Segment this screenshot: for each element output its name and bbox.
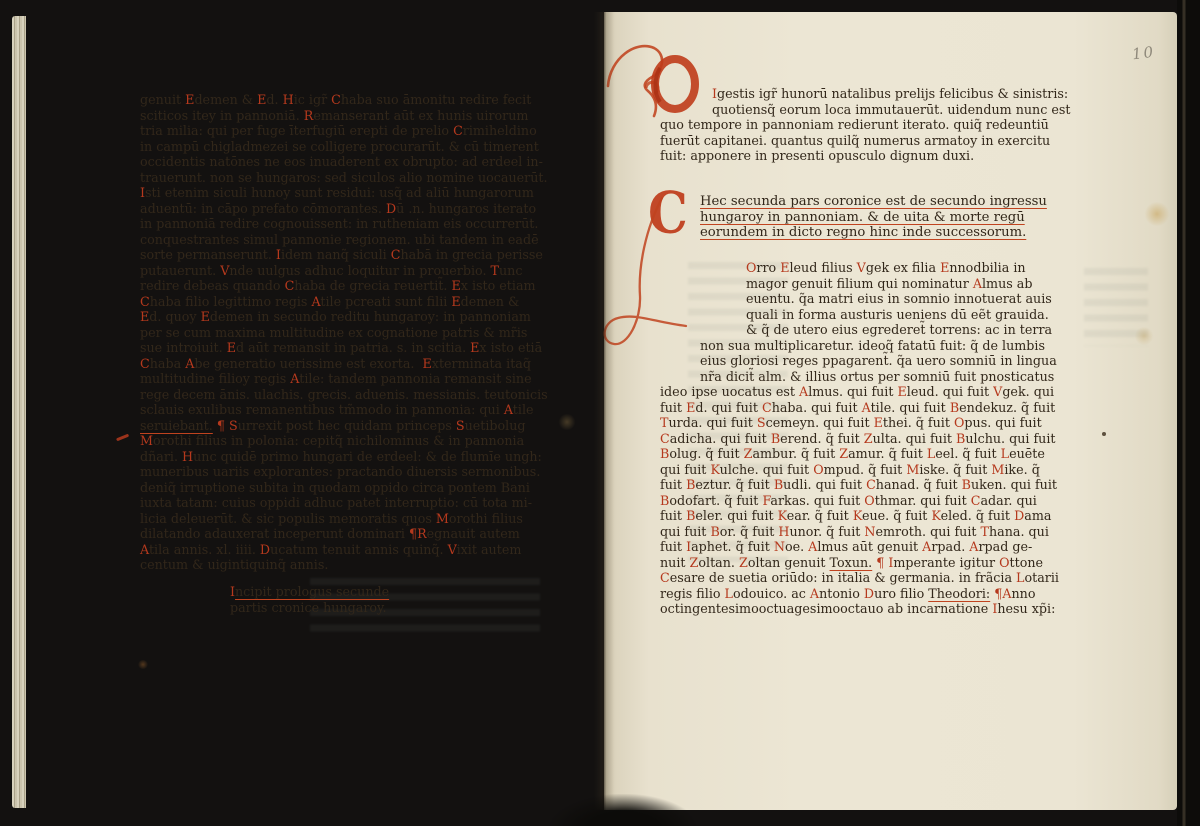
text-line: & q̃ de utero eius egrederet̃ torrens: a… xyxy=(660,322,1104,338)
text-line: in campū chigladmezei se colligere procu… xyxy=(140,139,570,155)
text-line: regis filio Lodouico. ac Antonio Duro fi… xyxy=(660,586,1104,602)
page-stack-edge xyxy=(12,16,26,808)
ink-stain xyxy=(138,660,148,669)
text-line: Cesare de suetia oriūdo: in italia & ger… xyxy=(660,570,1104,586)
text-line: qui fuit Kulche. qui fuit Ompud. q̃ fuit… xyxy=(660,462,1104,478)
text-line: Atila annis. xl. iiii. Ducatum tenuit an… xyxy=(140,542,570,558)
text-line: Chaba filio legittimo regis Atile pcreat… xyxy=(140,294,570,310)
text-line: Isti etenim siculi hunoy sunt residui: u… xyxy=(140,185,570,201)
text-line: fuerūt capitanei. quantus quilq̃ numerus… xyxy=(660,133,1100,149)
text-line: putauerunt. Vnde uulgus adhuc loquitur i… xyxy=(140,263,570,279)
left-page-lines: genuit Edemen & Ed. Hic igr̃ Chaba suo ā… xyxy=(140,92,570,573)
text-line: Igestis igr̃ hunorū natalibus prelijs fe… xyxy=(660,86,1100,102)
text-line: quo tempore in pannoniam redierunt itera… xyxy=(660,117,1100,133)
text-line: Turda. qui fuit Scemeyn. qui fuit Ethei.… xyxy=(660,415,1104,431)
text-line: sorte permanserunt. Iidem nanq̃ siculi C… xyxy=(140,247,570,263)
text-line: euentu. q̃a matri eius in somnio innotue… xyxy=(660,291,1104,307)
text-line: iuxta tatam: cuius oppidi adhuc patet in… xyxy=(140,495,570,511)
text-line: licia deleuerūt. & sic populis memoratis… xyxy=(140,511,570,527)
text-line: Bodofart. q̃ fuit Farkas. qui fuit Othma… xyxy=(660,493,1104,509)
incipit-block: Incipit prologus secundepartis cronice h… xyxy=(230,584,389,615)
text-line: Ed. quoy Edemen in secundo reditu hungar… xyxy=(140,309,570,325)
text-line: Cadicha. qui fuit Berend. q̃ fuit Zulta.… xyxy=(660,431,1104,447)
text-line: quotiensq̃ eorum loca immutauerūt. uiden… xyxy=(660,102,1100,118)
text-line: partis cronice hungaroy. xyxy=(230,600,389,616)
text-line: in pannoniā redire cognouissent: in ruth… xyxy=(140,216,570,232)
gutter-shadow xyxy=(594,12,614,810)
text-line: octingentesimooctuagesimooctauo ab incar… xyxy=(660,601,1104,617)
text-line: sciticos itey in pannoniā. Remanserant a… xyxy=(140,108,570,124)
text-line: hungaroy in pannoniam. & de uita & morte… xyxy=(700,209,1110,225)
text-line: tria milia: qui per fuge īterfugiū erept… xyxy=(140,123,570,139)
text-line: Hec secunda pars coronice est de secundo… xyxy=(700,193,1110,209)
text-line: magor genuit filium qui nominatur Almus … xyxy=(660,276,1104,292)
right-page: C Igestis igr̃ hunorū natalibus prelijs … xyxy=(604,12,1177,810)
text-line: per se cum maxima multitudine ex cognati… xyxy=(140,325,570,341)
book-spread: genuit Edemen & Ed. Hic igr̃ Chaba suo ā… xyxy=(0,0,1200,826)
text-line: fuit Beztur. q̃ fuit Budli. qui fuit Cha… xyxy=(660,477,1104,493)
text-line: nr̃a dicit̃ alm. & illius ortus per somn… xyxy=(660,369,1104,385)
text-line: fuit Beler. qui fuit Kear. q̃ fuit Keue.… xyxy=(660,508,1104,524)
left-page: genuit Edemen & Ed. Hic igr̃ Chaba suo ā… xyxy=(26,12,604,810)
text-line: rege decem ānis. ulachis. grecis. adueni… xyxy=(140,387,570,403)
text-line: aduentū: in cāpo prefato cōmorantes. Dū … xyxy=(140,201,570,217)
text-line: Chaba Abe generatio uerissime est exorta… xyxy=(140,356,570,372)
text-line: conquestrantes simul pannonie regionem. … xyxy=(140,232,570,248)
fox-stain xyxy=(1144,202,1170,226)
text-line: Incipit prologus secunde xyxy=(230,584,389,600)
red-margin-mark xyxy=(116,434,129,441)
text-line: qui fuit Bor. q̃ fuit Hunor. q̃ fuit Nem… xyxy=(660,524,1104,540)
text-line: non sua multiplicaretur. ideoq̃ fatatū f… xyxy=(660,338,1104,354)
text-line: fuit Iaphet. q̃ fuit Noe. Almus aūt genu… xyxy=(660,539,1104,555)
text-line: trauerunt. non se hungaros: sed siculos … xyxy=(140,170,570,186)
text-line: redire debeas quando Chaba de grecia reu… xyxy=(140,278,570,294)
text-line: eius gloriosi reges ppagarent̃. q̃a uero… xyxy=(660,353,1104,369)
paragraph-digestis: Igestis igr̃ hunorū natalibus prelijs fe… xyxy=(660,86,1100,164)
left-page-text-block: genuit Edemen & Ed. Hic igr̃ Chaba suo ā… xyxy=(26,12,50,74)
text-line: quali in forma austuris ueniens dū eẽt g… xyxy=(660,307,1104,323)
text-line: dilatando adauxerat inceperunt dominari … xyxy=(140,526,570,542)
text-line: muneribus uariis explorantes: practando … xyxy=(140,464,570,480)
text-line: occidentis natōnes ne eos inuaderent ex … xyxy=(140,154,570,170)
text-line: ideo ipse uocatus est Almus. qui fuit El… xyxy=(660,384,1104,400)
text-line: Morothi filius in polonia: cepitq̃ nichi… xyxy=(140,433,570,449)
text-line: sue introiuit. Ed aūt remansit in patria… xyxy=(140,340,570,356)
paragraph-porro: Orro Eleud filius Vgek ex filia Ennodbil… xyxy=(660,260,1104,617)
text-line: centum & uigintiquinq̃ annis. xyxy=(140,557,570,573)
book-cover-edge xyxy=(1177,0,1200,826)
text-line: fuit: apponere in presenti opusculo dign… xyxy=(660,148,1100,164)
binding-shadow xyxy=(548,794,698,826)
fox-stain xyxy=(1134,327,1154,345)
chapter-heading: Hec secunda pars coronice est de secundo… xyxy=(700,193,1110,240)
text-line: multitudine filioy regis Atile: tandem p… xyxy=(140,371,570,387)
text-line: seruiebant. ¶ Surrexit post hec quidam p… xyxy=(140,418,570,434)
text-line: deniq̃ irruptione subita in quodam oppid… xyxy=(140,480,570,496)
text-line: genuit Edemen & Ed. Hic igr̃ Chaba suo ā… xyxy=(140,92,570,108)
text-line: Orro Eleud filius Vgek ex filia Ennodbil… xyxy=(660,260,1104,276)
text-line: sclauis exulibus remanentibus tm̃modo in… xyxy=(140,402,570,418)
text-line: Bolug. q̃ fuit Zambur. q̃ fuit Zamur. q̃… xyxy=(660,446,1104,462)
text-line: dñari. Hunc quidē primo hungari de erdee… xyxy=(140,449,570,465)
text-line: nuit Zoltan. Zoltan genuit Toxun. ¶ Impe… xyxy=(660,555,1104,571)
text-line: fuit Ed. qui fuit Chaba. qui fuit Atile.… xyxy=(660,400,1104,416)
handwritten-folio-number: 10 xyxy=(1131,43,1156,64)
text-line: eorundem in dicto regno hinc inde succes… xyxy=(700,224,1110,240)
